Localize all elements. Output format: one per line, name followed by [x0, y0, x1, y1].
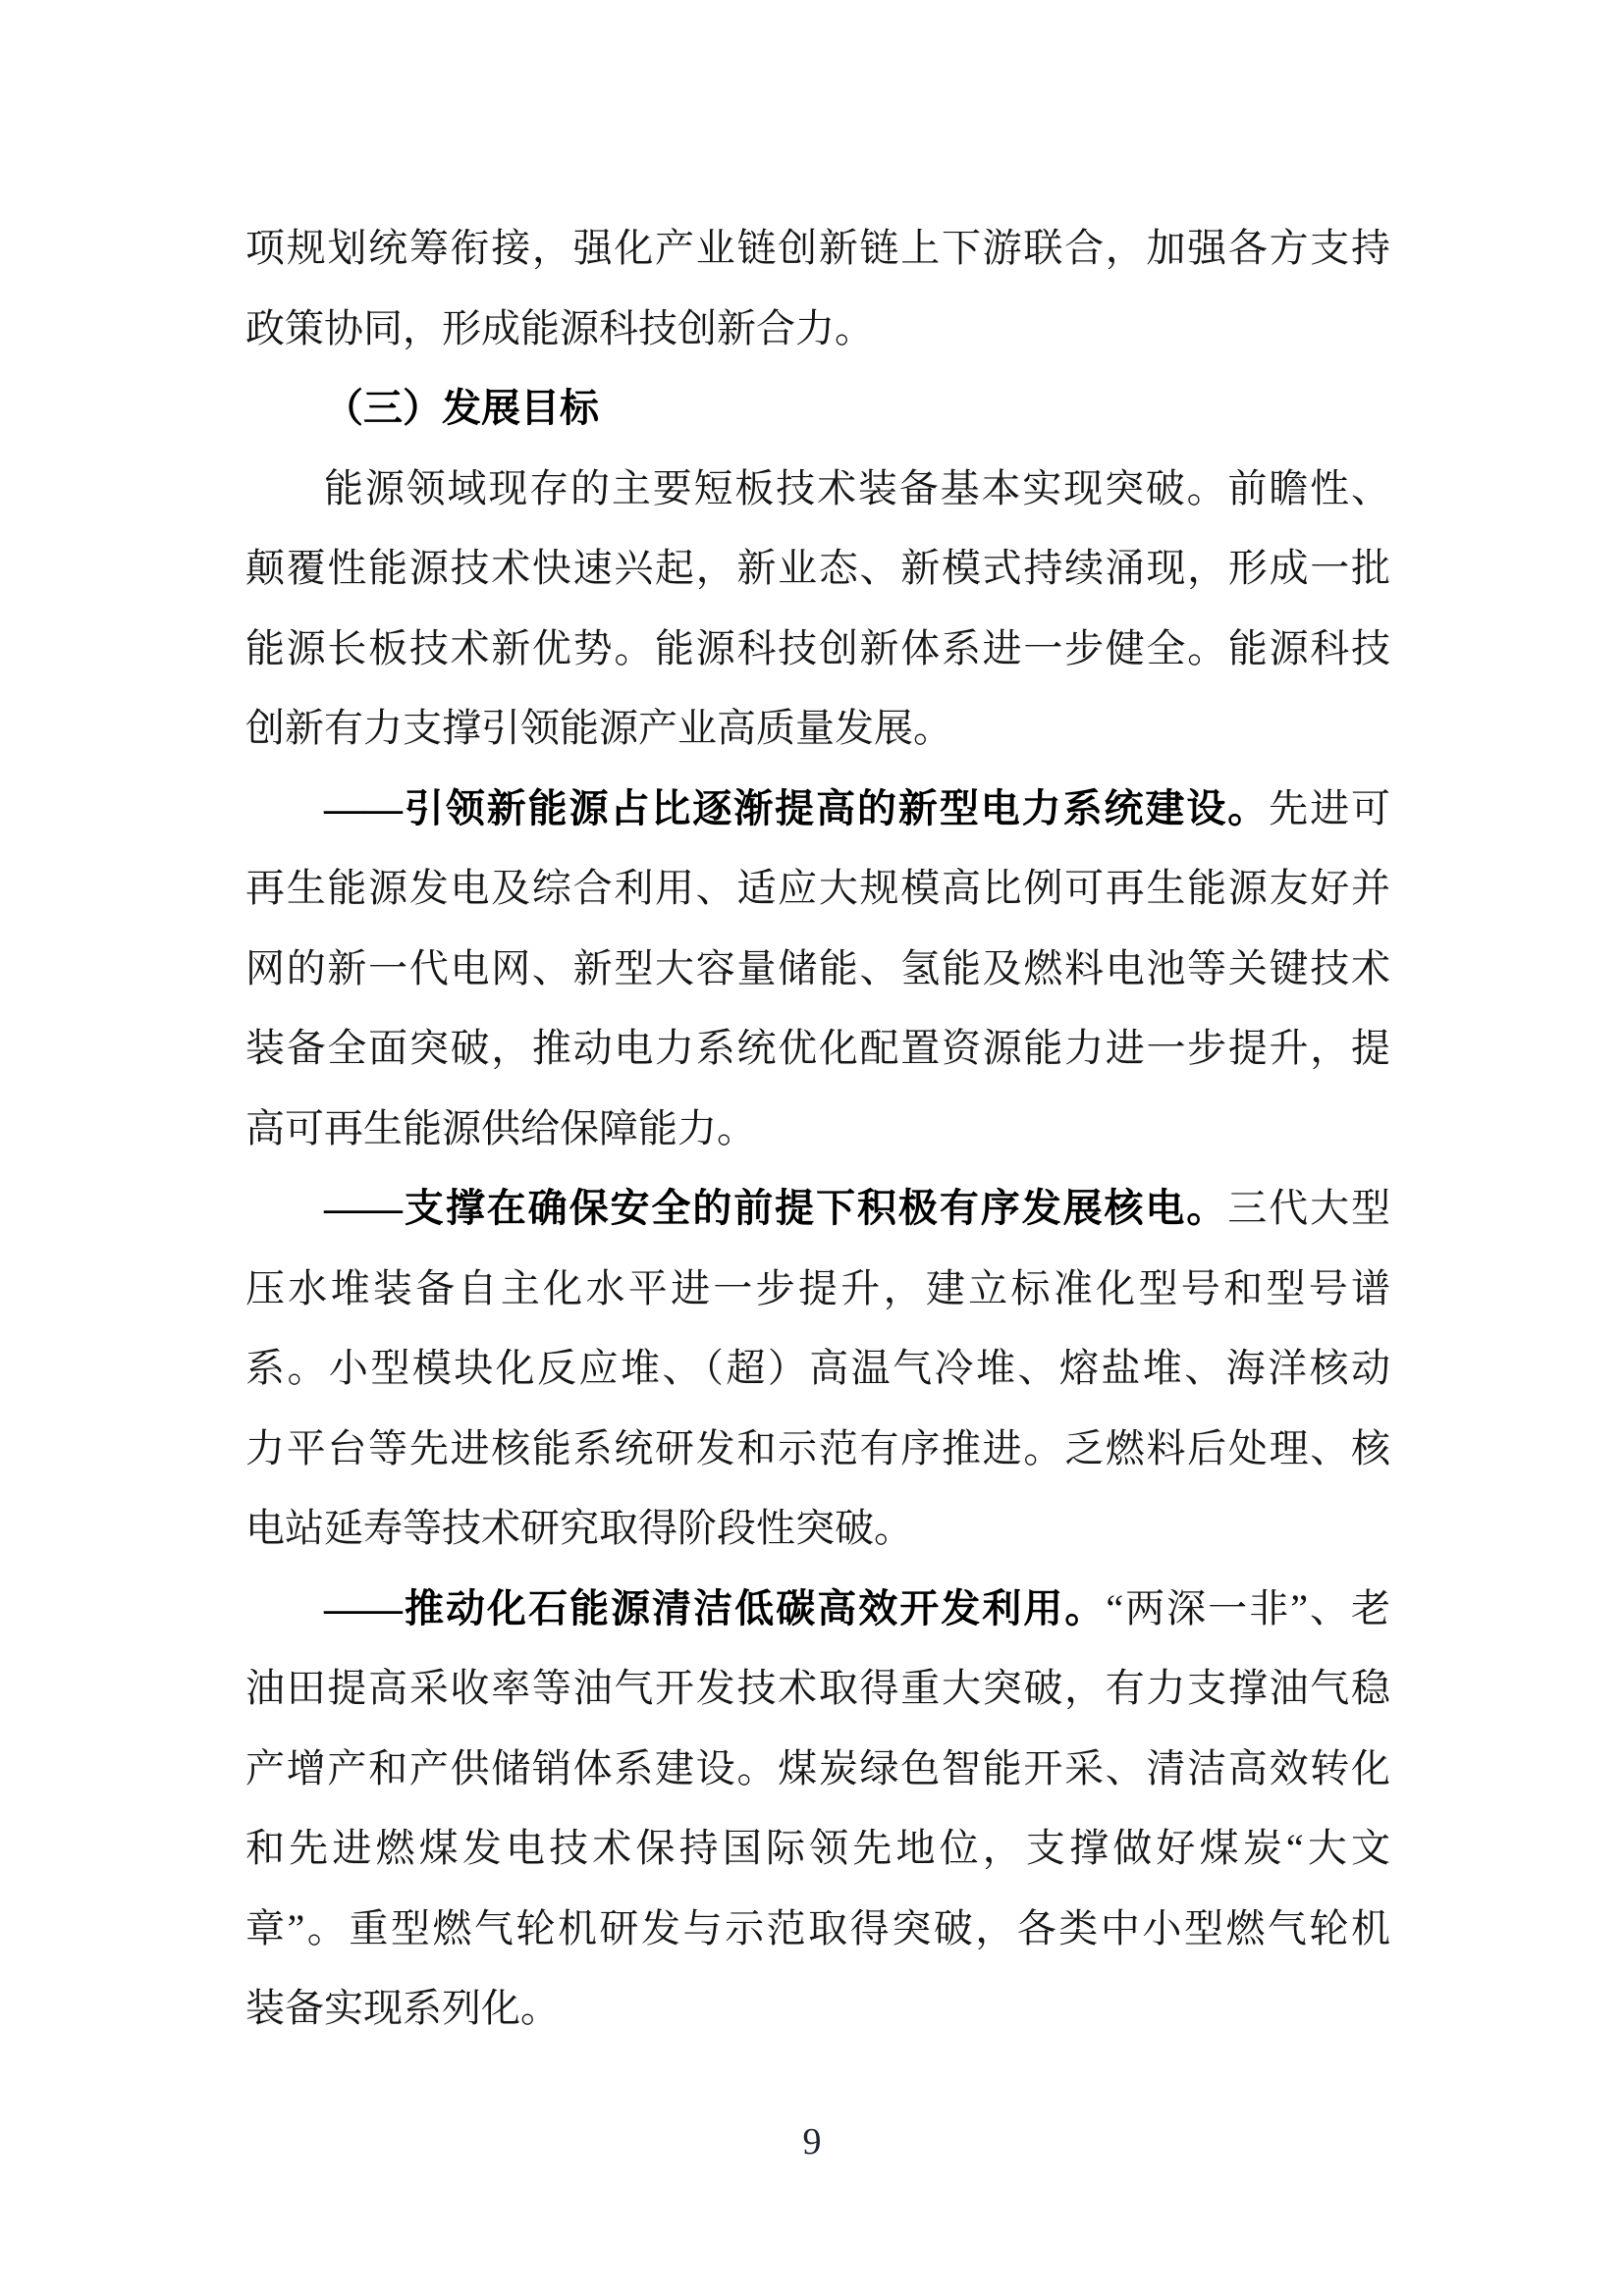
text-segment: 创新有力支撑引领能源产业高质量发展。 — [245, 706, 952, 750]
text-segment: 三代大型 — [1227, 1186, 1390, 1230]
text-segment: 高可再生能源供给保障能力。 — [245, 1106, 756, 1150]
text-segment: 油田提高采收率等油气开发技术取得重大突破，有力支撑油气稳 — [245, 1666, 1390, 1710]
text-segment: 颠覆性能源技术快速兴起，新业态、新模式持续涌现，形成一批 — [245, 546, 1390, 590]
body-line: 网的新一代电网、新型大容量储能、氢能及燃料电池等关键技术 — [245, 929, 1390, 1009]
body-line: 系。小型模块化反应堆、（超）高温气冷堆、熔盐堆、海洋核动 — [245, 1328, 1390, 1409]
document-text: 项规划统筹衔接，强化产业链创新链上下游联合，加强各方支持政策协同，形成能源科技创… — [245, 208, 1390, 2049]
text-segment: 电站延寿等技术研究取得阶段性突破。 — [245, 1506, 913, 1550]
body-line: 再生能源发电及综合利用、适应大规模高比例可再生能源友好并 — [245, 848, 1390, 929]
body-line: ——推动化石能源清洁低碳高效开发利用。“两深一非”、老 — [245, 1569, 1390, 1649]
text-segment: 能源长板技术新优势。能源科技创新体系进一步健全。能源科技 — [245, 626, 1390, 670]
text-segment: 产增产和产供储销体系建设。煤炭绿色智能开采、清洁高效转化 — [245, 1746, 1390, 1790]
page-number: 9 — [0, 2120, 1624, 2163]
text-segment: 章”。重型燃气轮机研发与示范取得突破，各类中小型燃气轮机 — [245, 1906, 1390, 1950]
section-heading: （三）发展目标 — [245, 368, 1390, 449]
body-line: 电站延寿等技术研究取得阶段性突破。 — [245, 1488, 1390, 1569]
text-segment: 系。小型模块化反应堆、（超）高温气冷堆、熔盐堆、海洋核动 — [245, 1346, 1390, 1390]
text-segment: 项规划统筹衔接，强化产业链创新链上下游联合，加强各方支持 — [245, 226, 1390, 270]
body-line: 项规划统筹衔接，强化产业链创新链上下游联合，加强各方支持 — [245, 208, 1390, 289]
body-line: 产增产和产供储销体系建设。煤炭绿色智能开采、清洁高效转化 — [245, 1729, 1390, 1809]
body-line: 政策协同，形成能源科技创新合力。 — [245, 289, 1390, 369]
body-line: 装备全面突破，推动电力系统优化配置资源能力进一步提升，提 — [245, 1008, 1390, 1089]
body-line: 和先进燃煤发电技术保持国际领先地位，支撑做好煤炭“大文 — [245, 1808, 1390, 1889]
text-segment: 先进可 — [1269, 786, 1390, 830]
body-line: 油田提高采收率等油气开发技术取得重大突破，有力支撑油气稳 — [245, 1648, 1390, 1729]
bold-text-segment: （三）发展目标 — [324, 386, 599, 430]
text-segment: 装备全面突破，推动电力系统优化配置资源能力进一步提升，提 — [245, 1026, 1390, 1070]
bold-text-segment: ——引领新能源占比逐渐提高的新型电力系统建设。 — [324, 786, 1269, 830]
text-segment: 网的新一代电网、新型大容量储能、氢能及燃料电池等关键技术 — [245, 946, 1390, 990]
text-segment: 压水堆装备自主化水平进一步提升，建立标准化型号和型号谱 — [245, 1266, 1390, 1310]
body-line: 力平台等先进核能系统研发和示范有序推进。乏燃料后处理、核 — [245, 1409, 1390, 1489]
text-segment: 和先进燃煤发电技术保持国际领先地位，支撑做好煤炭“大文 — [245, 1826, 1390, 1870]
body-line: ——引领新能源占比逐渐提高的新型电力系统建设。先进可 — [245, 769, 1390, 849]
text-segment: 再生能源发电及综合利用、适应大规模高比例可再生能源友好并 — [245, 866, 1390, 910]
text-segment: 政策协同，形成能源科技创新合力。 — [245, 306, 874, 350]
body-line: ——支撑在确保安全的前提下积极有序发展核电。三代大型 — [245, 1168, 1390, 1249]
text-segment: 装备实现系列化。 — [245, 1986, 560, 2030]
body-line: 颠覆性能源技术快速兴起，新业态、新模式持续涌现，形成一批 — [245, 528, 1390, 609]
body-line: 章”。重型燃气轮机研发与示范取得突破，各类中小型燃气轮机 — [245, 1889, 1390, 1969]
body-line: 创新有力支撑引领能源产业高质量发展。 — [245, 688, 1390, 769]
body-line: 能源长板技术新优势。能源科技创新体系进一步健全。能源科技 — [245, 609, 1390, 689]
text-segment: 力平台等先进核能系统研发和示范有序推进。乏燃料后处理、核 — [245, 1426, 1390, 1470]
body-line: 压水堆装备自主化水平进一步提升，建立标准化型号和型号谱 — [245, 1249, 1390, 1329]
bold-text-segment: ——支撑在确保安全的前提下积极有序发展核电。 — [324, 1186, 1227, 1230]
body-line: 能源领域现存的主要短板技术装备基本实现突破。前瞻性、 — [245, 449, 1390, 529]
document-page: 项规划统筹衔接，强化产业链创新链上下游联合，加强各方支持政策协同，形成能源科技创… — [0, 0, 1624, 2296]
text-segment: “两深一非”、老 — [1106, 1586, 1390, 1630]
text-segment: 能源领域现存的主要短板技术装备基本实现突破。前瞻性、 — [324, 466, 1390, 510]
body-line: 高可再生能源供给保障能力。 — [245, 1089, 1390, 1169]
bold-text-segment: ——推动化石能源清洁低碳高效开发利用。 — [324, 1586, 1106, 1630]
body-line: 装备实现系列化。 — [245, 1968, 1390, 2049]
